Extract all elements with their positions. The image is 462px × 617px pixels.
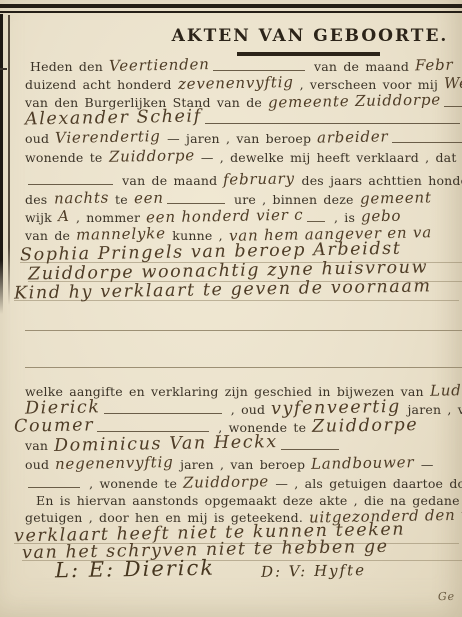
printed-text: — (415, 457, 434, 472)
handwritten-text: Wet (444, 75, 462, 93)
handwritten-text: Zuiddorpe (183, 473, 269, 491)
handwritten-text: arbeider (317, 128, 389, 146)
printed-text: kunne , (166, 228, 229, 243)
printed-text: des jaars achttien honderd (295, 173, 462, 188)
printed-text: van de maand (308, 59, 415, 74)
printed-text: , wonende te (83, 476, 183, 491)
printed-text: van de maand (116, 173, 223, 188)
blank-rule (28, 475, 80, 488)
document-line: Ge (438, 588, 462, 606)
printed-text: wijk (25, 210, 58, 225)
document-line: oud negenenvyftig jaren , van beroep Lan… (25, 456, 462, 473)
handwritten-text: L: E: Dierick (55, 560, 215, 580)
document-line: , wonende te Zuiddorpe — , als getuigen … (25, 475, 462, 492)
blank-rule (281, 437, 339, 450)
handwritten-text: nachts (53, 190, 108, 208)
blank-rule (205, 111, 460, 124)
handwritten-text: Veertienden (109, 56, 210, 75)
handwritten-text: een honderd vier c (146, 207, 304, 227)
printed-text: van (25, 438, 54, 453)
printed-text: — , dewelke mij heeft verklaard , dat op (195, 150, 462, 165)
printed-text: te (109, 192, 134, 207)
blank-rule (104, 401, 222, 414)
handwritten-text: february (223, 170, 295, 188)
printed-text: des (25, 192, 54, 207)
document-line: des nachts te een ure , binnen deze geme… (25, 191, 462, 208)
handwritten-text: Coumer (14, 417, 94, 435)
handwritten-text: Dominicus Van Heckx (54, 434, 278, 455)
blank-rule (444, 94, 462, 107)
handwritten-text: Ge (438, 588, 455, 605)
blank-rule (392, 130, 462, 143)
document-line: wonende te Zuiddorpe — , dewelke mij hee… (25, 149, 462, 166)
handwritten-text: Vierendertig (55, 128, 161, 147)
blank-rule (25, 355, 462, 368)
printed-text: wonende te (25, 150, 109, 165)
handwritten-text: een (134, 190, 164, 208)
handwritten-text: negenenvyftig (55, 454, 174, 473)
handwritten-text: Landbouwer (311, 454, 415, 473)
printed-text: van de (25, 228, 76, 243)
handwritten-text: A (58, 208, 70, 225)
printed-text: duizend acht honderd (25, 77, 178, 92)
handwritten-text: zevenenvyftig (178, 74, 294, 93)
document-lines: Heden den Veertienden van de maand Febrd… (0, 0, 462, 617)
printed-text: Heden den (30, 59, 109, 74)
printed-text: En is hiervan aanstonds opgemaakt deze a… (36, 493, 462, 508)
printed-text: , nommer (70, 210, 147, 225)
blank-rule (213, 58, 305, 71)
blank-rule (307, 209, 325, 222)
document-line: van de maand february des jaars achttien… (25, 172, 462, 189)
printed-text: , verscheen voor mij (293, 77, 444, 92)
blank-rule (167, 191, 225, 204)
handwritten-text: Ludovicus (430, 381, 462, 399)
handwritten-text: Zuiddorpe (109, 147, 195, 165)
printed-text: — jaren , van beroep (161, 131, 317, 146)
document-line: van Dominicus Van Heckx (25, 437, 462, 454)
handwritten-text: mannelyke (76, 225, 166, 244)
printed-text: , is (328, 210, 362, 225)
document-line (25, 318, 462, 335)
document-line: Heden den Veertienden van de maand Febr (30, 58, 462, 75)
document-line: Kind hy verklaart te geven de voornaam (14, 283, 459, 301)
blank-rule (97, 419, 209, 432)
printed-text: , oud (225, 402, 272, 417)
printed-text: jaren , van beroep (174, 457, 311, 472)
handwritten-text: Febr (415, 57, 454, 75)
printed-text: oud (25, 457, 55, 472)
document-line: oud Vierendertig — jaren , van beroep ar… (25, 130, 462, 147)
printed-text: — , als getuigen daartoe door (269, 476, 462, 491)
handwritten-text: Kind hy verklaart te geven de voornaam (14, 278, 432, 302)
blank-rule (25, 318, 462, 331)
document-line: Alexander Scheif (25, 111, 462, 128)
document-line (25, 355, 462, 372)
handwritten-text: Alexander Scheif (25, 108, 202, 128)
blank-rule (28, 172, 113, 185)
handwritten-text: Zuiddorpe (312, 417, 419, 436)
handwritten-text: gebo (361, 208, 402, 226)
printed-text: ure , binnen deze (228, 192, 360, 207)
handwritten-text: D: V: Hyfte (261, 562, 366, 581)
handwritten-text: gemeent (360, 189, 432, 207)
handwritten-text: gemeente Zuiddorpe (268, 91, 441, 111)
document-line: L: E: DierickD: V: Hyfte (55, 562, 462, 581)
printed-text: oud (25, 131, 55, 146)
document-page: AKTEN VAN GEBOORTE. Heden den Veertiende… (0, 0, 462, 617)
